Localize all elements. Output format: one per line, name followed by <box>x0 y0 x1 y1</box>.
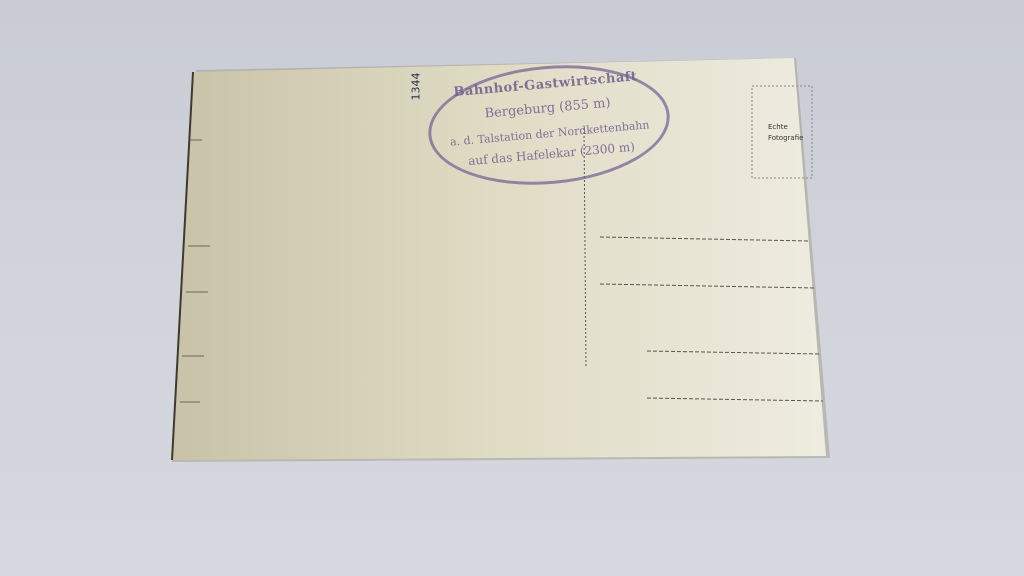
stamp-box-label: Echte Fotografie <box>768 122 803 144</box>
label-line-2: Fotografie <box>768 133 803 144</box>
label-line-1: Echte <box>768 122 803 133</box>
postcard: 1344 Bahnhof-Gastwirtschaft Bergeburg (8… <box>0 0 1024 576</box>
handwritten-note: 1344 <box>410 73 423 101</box>
